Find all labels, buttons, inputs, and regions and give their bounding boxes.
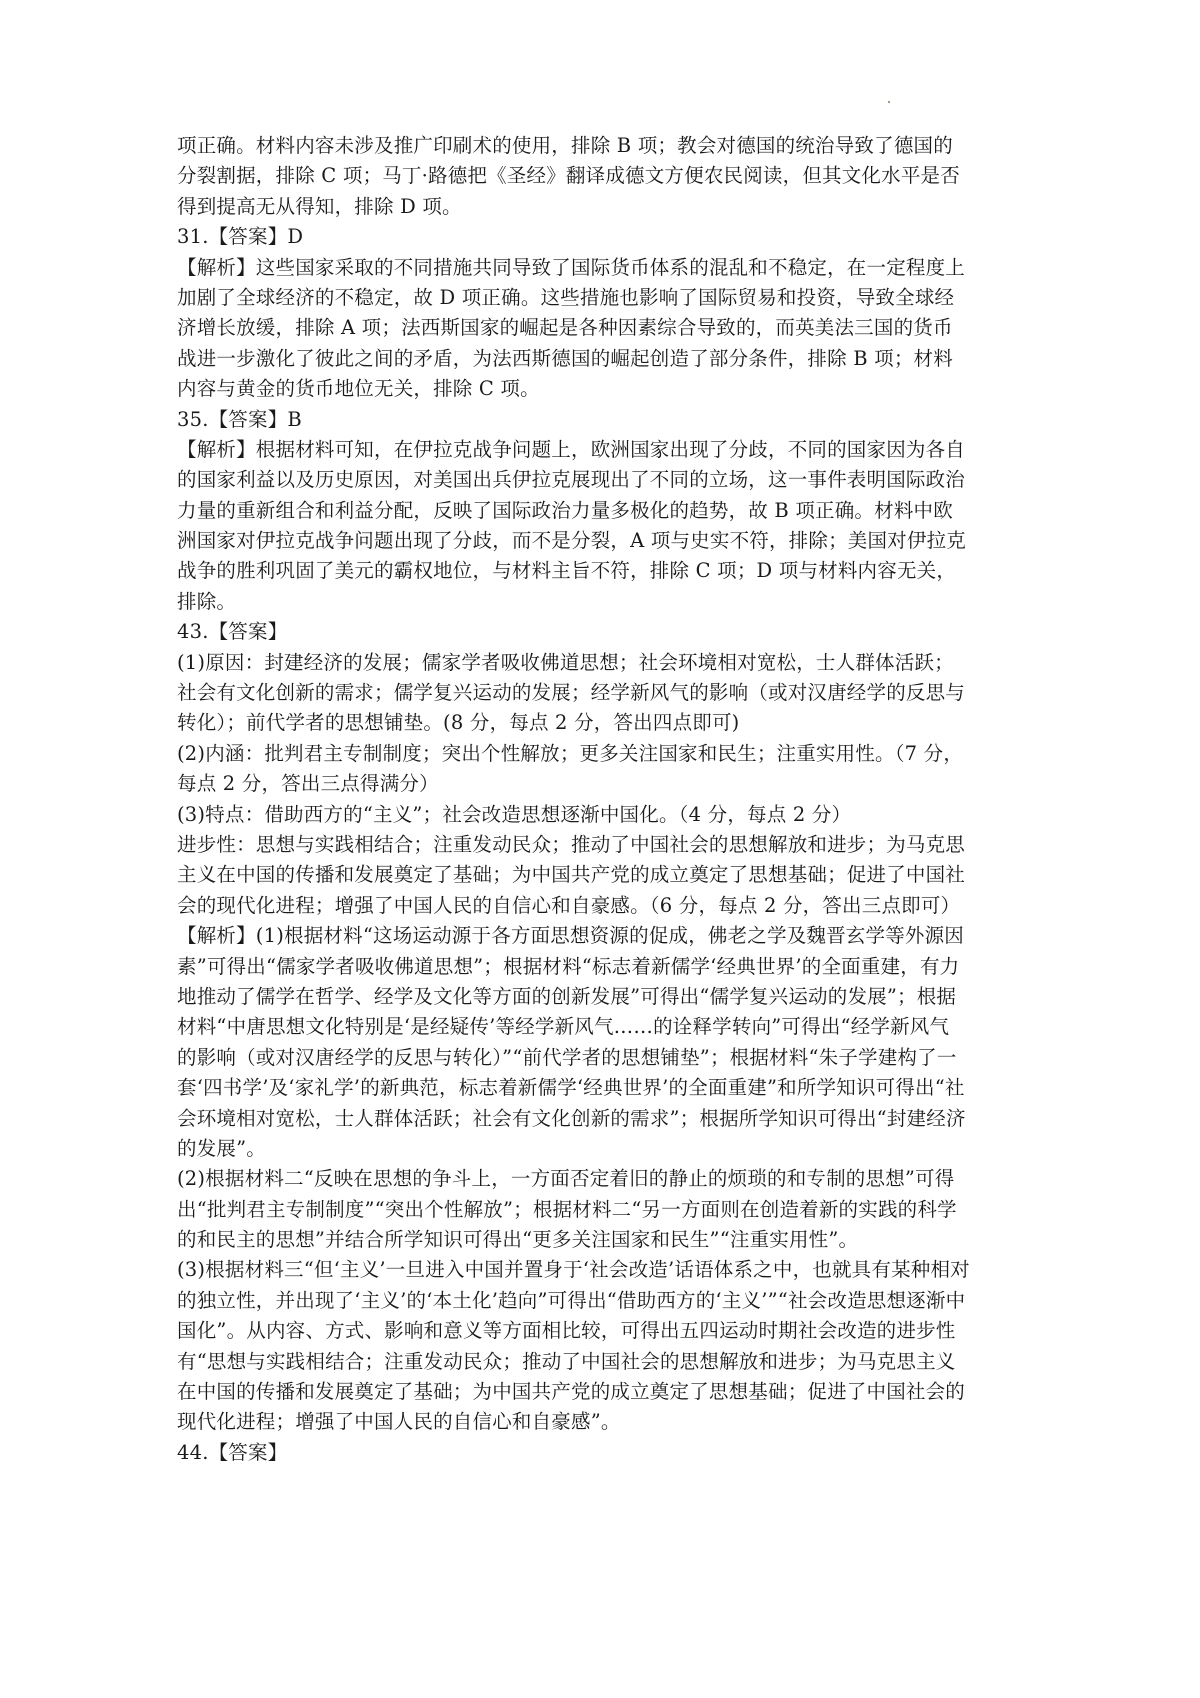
text-line: (2)根据材料二“反映在思想的争斗上，一方面否定着旧的静止的烦琐的和专制的思想”… [177, 1164, 1027, 1194]
text-line: 套‘四书学’及‘家礼学’的新典范，标志着新儒学‘经典世界’的全面重建”和所学知识… [177, 1073, 1027, 1103]
text-line: 主义在中国的传播和发展奠定了基础；为中国共产党的成立奠定了思想基础；促进了中国社 [177, 860, 1027, 890]
text-line: 的影响（或对汉唐经学的反思与转化）”“前代学者的思想铺垫”；根据材料“朱子学建构… [177, 1043, 1027, 1073]
text-line: 战进一步激化了彼此之间的矛盾，为法西斯德国的崛起创造了部分条件，排除 B 项；材… [177, 344, 1027, 374]
text-line: (3)根据材料三“但‘主义’一旦进入中国并置身于‘社会改造’话语体系之中，也就具… [177, 1255, 1027, 1285]
text-line: 的和民主的思想”并结合所学知识可得出“更多关注国家和民生”“注重实用性”。 [177, 1225, 1027, 1255]
text-line: 项正确。材料内容未涉及推广印刷术的使用，排除 B 项；教会对德国的统治导致了德国… [177, 131, 1027, 161]
answer-heading-35: 35.【答案】B [177, 405, 1027, 435]
text-line: 地推动了儒学在哲学、经学及文化等方面的创新发展”可得出“儒学复兴运动的发展”；根… [177, 982, 1027, 1012]
text-line: 进步性：思想与实践相结合；注重发动民众；推动了中国社会的思想解放和进步；为马克思 [177, 830, 1027, 860]
answer-heading-31: 31.【答案】D [177, 222, 1027, 252]
text-line: (3)特点：借助西方的“主义”；社会改造思想逐渐中国化。（4 分，每点 2 分） [177, 800, 1027, 830]
text-line: 在中国的传播和发展奠定了基础；为中国共产党的成立奠定了思想基础；促进了中国社会的 [177, 1377, 1027, 1407]
text-line: 会的现代化进程；增强了中国人民的自信心和自豪感。（6 分，每点 2 分，答出三点… [177, 891, 1027, 921]
text-line: 材料“中唐思想文化特别是‘是经疑传’等经学新风气……的诠释学转向”可得出“经学新… [177, 1012, 1027, 1042]
text-line: (2)内涵：批判君主专制制度；突出个性解放；更多关注国家和民生；注重实用性。（7… [177, 739, 1027, 769]
text-line: 加剧了全球经济的不稳定，故 D 项正确。这些措施也影响了国际贸易和投资，导致全球… [177, 283, 1027, 313]
text-line: 内容与黄金的货币地位无关，排除 C 项。 [177, 374, 1027, 404]
text-line: 的国家利益以及历史原因，对美国出兵伊拉克展现出了不同的立场，这一事件表明国际政治 [177, 465, 1027, 495]
text-line: 素”可得出“儒家学者吸收佛道思想”；根据材料“标志着新儒学‘经典世界’的全面重建… [177, 952, 1027, 982]
text-line: 洲国家对伊拉克战争问题出现了分歧，而不是分裂，A 项与史实不符，排除；美国对伊拉… [177, 526, 1027, 556]
answer-heading-44: 44.【答案】 [177, 1438, 1027, 1468]
answer-heading-43: 43.【答案】 [177, 617, 1027, 647]
text-line: 【解析】(1)根据材料“这场运动源于各方面思想资源的促成，佛老之学及魏晋玄学等外… [177, 921, 1027, 951]
answer-document: 项正确。材料内容未涉及推广印刷术的使用，排除 B 项；教会对德国的统治导致了德国… [177, 131, 1027, 1468]
text-line: 每点 2 分，答出三点得满分） [177, 769, 1027, 799]
text-line: (1)原因：封建经济的发展；儒家学者吸收佛道思想；社会环境相对宽松，士人群体活跃… [177, 648, 1027, 678]
text-line: 现代化进程；增强了中国人民的自信心和自豪感”。 [177, 1407, 1027, 1437]
text-line: 出“批判君主专制制度”“突出个性解放”；根据材料二“另一方面则在创造着新的实践的… [177, 1195, 1027, 1225]
text-line: 战争的胜利巩固了美元的霸权地位，与材料主旨不符，排除 C 项；D 项与材料内容无… [177, 556, 1027, 586]
text-line: 排除。 [177, 587, 1027, 617]
text-line: 转化）；前代学者的思想铺垫。(8 分，每点 2 分，答出四点即可) [177, 708, 1027, 738]
text-line: 有“思想与实践相结合；注重发动民众；推动了中国社会的思想解放和进步；为马克思主义 [177, 1347, 1027, 1377]
scan-speck [888, 101, 890, 103]
text-line: 【解析】根据材料可知，在伊拉克战争问题上，欧洲国家出现了分歧，不同的国家因为各自 [177, 435, 1027, 465]
text-line: 【解析】这些国家采取的不同措施共同导致了国际货币体系的混乱和不稳定，在一定程度上 [177, 253, 1027, 283]
text-line: 力量的重新组合和利益分配，反映了国际政治力量多极化的趋势，故 B 项正确。材料中… [177, 496, 1027, 526]
text-line: 济增长放缓，排除 A 项；法西斯国家的崛起是各种因素综合导致的，而英美法三国的货… [177, 313, 1027, 343]
text-line: 分裂割据，排除 C 项；马丁·路德把《圣经》翻译成德文方便农民阅读，但其文化水平… [177, 161, 1027, 191]
text-line: 国化”。从内容、方式、影响和意义等方面相比较，可得出五四运动时期社会改造的进步性 [177, 1316, 1027, 1346]
text-line: 社会有文化创新的需求；儒学复兴运动的发展；经学新风气的影响（或对汉唐经学的反思与 [177, 678, 1027, 708]
text-line: 的独立性，并出现了‘主义’的‘本土化’趋向”可得出“借助西方的‘主义’”“社会改… [177, 1286, 1027, 1316]
text-line: 得到提高无从得知，排除 D 项。 [177, 192, 1027, 222]
text-line: 会环境相对宽松，士人群体活跃；社会有文化创新的需求”；根据所学知识可得出“封建经… [177, 1104, 1027, 1134]
text-line: 的发展”。 [177, 1134, 1027, 1164]
